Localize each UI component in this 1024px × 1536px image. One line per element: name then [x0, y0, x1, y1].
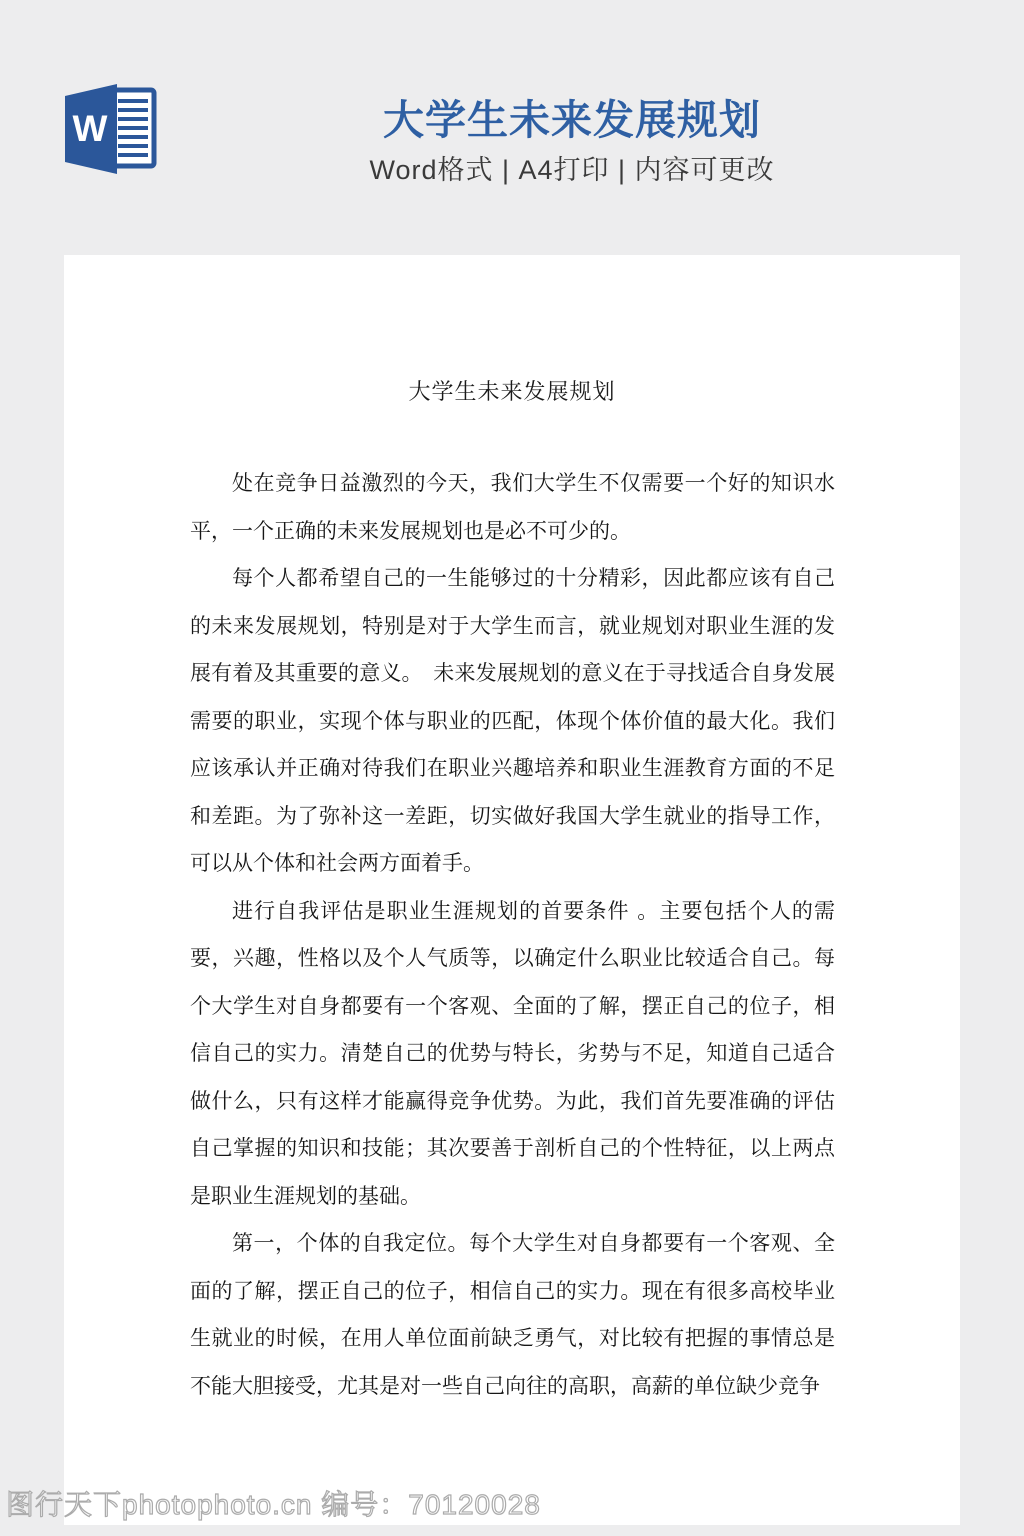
template-preview: W 大学生未来发展规划 Word格式 | A4打印 | 内容可更改 大学生未来发… [0, 0, 1024, 1536]
document-title: 大学生未来发展规划 [64, 375, 960, 406]
template-title: 大学生未来发展规划 [120, 96, 1024, 144]
paragraph: 每个人都希望自己的一生能够过的十分精彩，因此都应该有自己的未来发展规划，特别是对… [190, 555, 835, 888]
paragraph: 处在竞争日益激烈的今天，我们大学生不仅需要一个好的知识水平，一个正确的未来发展规… [190, 460, 835, 555]
document-body: 处在竞争日益激烈的今天，我们大学生不仅需要一个好的知识水平，一个正确的未来发展规… [190, 460, 835, 1410]
watermark-text: 图行天下photophoto.cn 编号：70120028 [6, 1483, 541, 1523]
document-page: 大学生未来发展规划 处在竞争日益激烈的今天，我们大学生不仅需要一个好的知识水平，… [64, 255, 960, 1525]
template-subtitle: Word格式 | A4打印 | 内容可更改 [120, 154, 1024, 186]
word-icon-letter: W [73, 108, 108, 149]
paragraph: 第一，个体的自我定位。每个大学生对自身都要有一个客观、全面的了解，摆正自己的位子… [190, 1220, 835, 1410]
paragraph: 进行自我评估是职业生涯规划的首要条件 。主要包括个人的需要，兴趣，性格以及个人气… [190, 888, 835, 1221]
header-text: 大学生未来发展规划 Word格式 | A4打印 | 内容可更改 [120, 96, 1024, 186]
header: W 大学生未来发展规划 Word格式 | A4打印 | 内容可更改 [0, 0, 1024, 255]
